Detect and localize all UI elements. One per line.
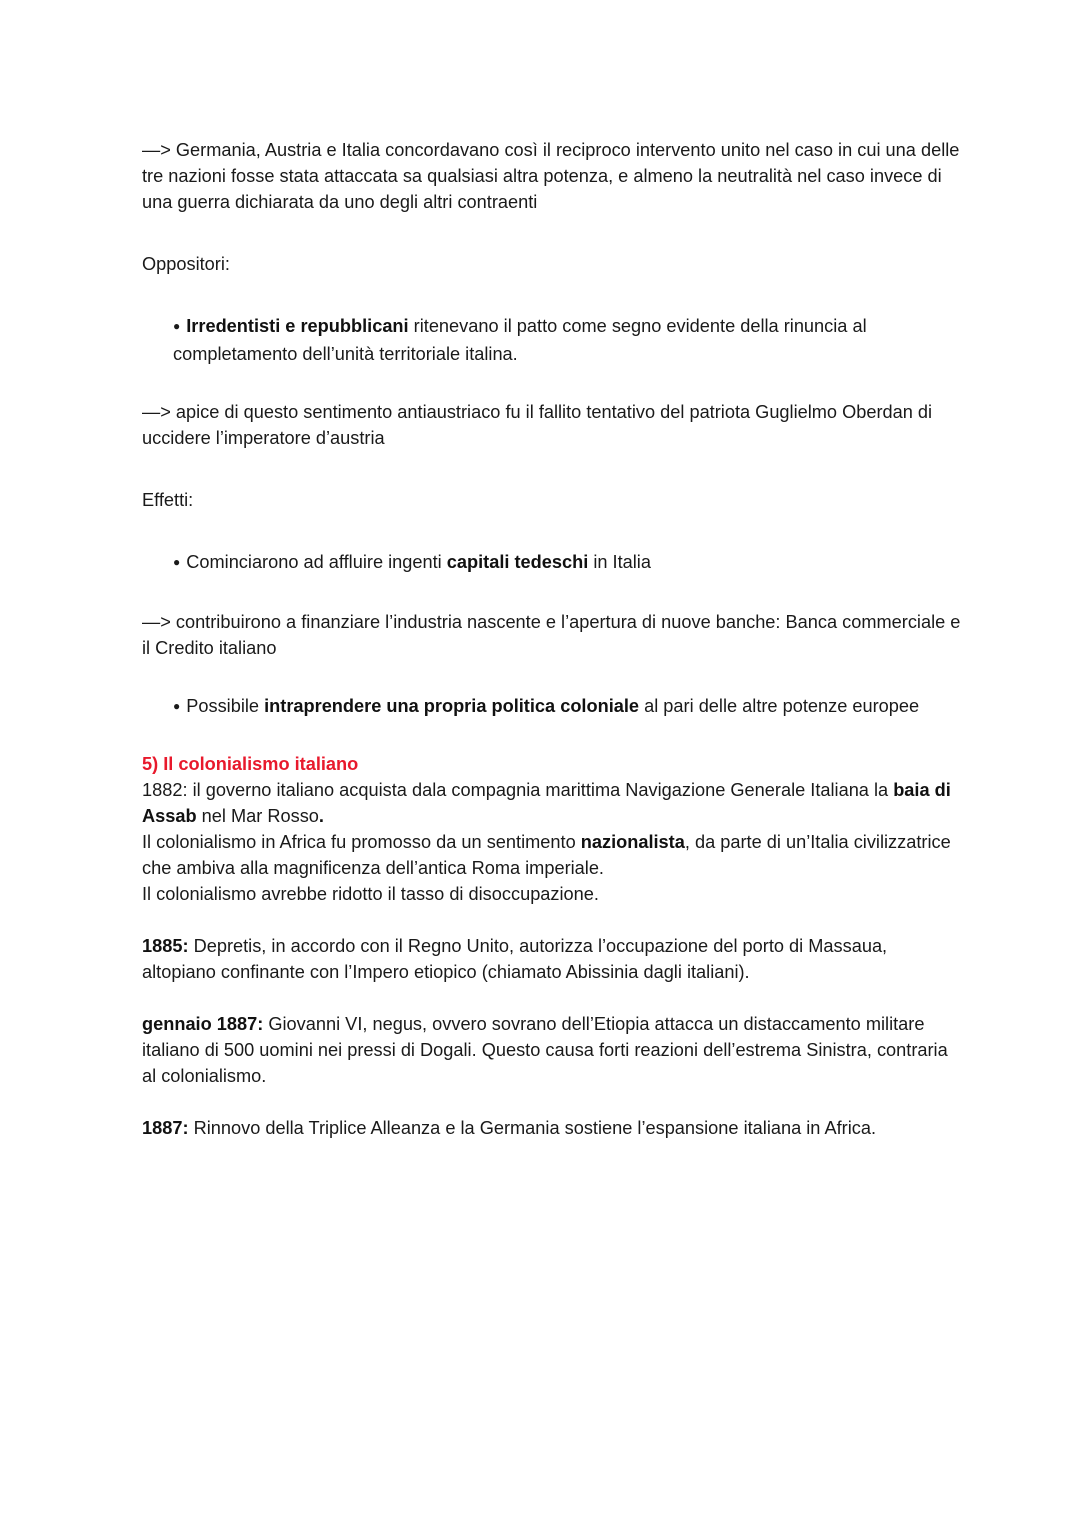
p2-bold: nazionalista — [581, 832, 685, 852]
colonialismo-paragraph-nazionalista: Il colonialismo in Africa fu promosso da… — [142, 829, 962, 881]
effetti-bullet-2-pre: Possibile — [186, 696, 264, 716]
event-1887: 1887: Rinnovo della Triplice Alleanza e … — [142, 1115, 962, 1141]
intro-text: Germania, Austria e Italia concordavano … — [142, 140, 959, 212]
event-gennaio-1887: gennaio 1887: Giovanni VI, negus, ovvero… — [142, 1011, 962, 1089]
oppositori-bullet: Irredentisti e repubblicani ritenevano i… — [142, 313, 962, 367]
oppositori-bullet-bold: Irredentisti e repubblicani — [186, 316, 408, 336]
p1-post: nel Mar Rosso — [197, 806, 319, 826]
effetti-bullet-1: Cominciarono ad affluire ingenti capital… — [142, 549, 962, 577]
effetti-bullet-1-pre: Cominciarono ad affluire ingenti — [186, 552, 447, 572]
p2-pre: Il colonialismo in Africa fu promosso da… — [142, 832, 581, 852]
oppositori-arrow-paragraph: —> apice di questo sentimento antiaustri… — [142, 399, 962, 451]
arrow-marker: —> — [142, 140, 171, 160]
event-1885-text: Depretis, in accordo con il Regno Unito,… — [142, 936, 887, 982]
effetti-bullet-2-post: al pari delle altre potenze europee — [639, 696, 919, 716]
document-page: —> Germania, Austria e Italia concordava… — [142, 137, 962, 1141]
effetti-bullet-2: Possibile intraprendere una propria poli… — [142, 693, 962, 721]
oppositori-label: Oppositori: — [142, 251, 962, 277]
effetti-bullet-1-post: in Italia — [588, 552, 651, 572]
effetti-bullet-1-bold: capitali tedeschi — [447, 552, 589, 572]
effetti-bullet-2-bold: intraprendere una propria politica colon… — [264, 696, 639, 716]
event-1887-text: Rinnovo della Triplice Alleanza e la Ger… — [189, 1118, 876, 1138]
event-1887-date: 1887: — [142, 1118, 189, 1138]
colonialismo-paragraph-1882: 1882: il governo italiano acquista dala … — [142, 777, 962, 829]
p1-dot: . — [319, 806, 324, 826]
event-1885-date: 1885: — [142, 936, 189, 956]
colonialismo-paragraph-disoccupazione: Il colonialismo avrebbe ridotto il tasso… — [142, 881, 962, 907]
event-gennaio-1887-text: Giovanni VI, negus, ovvero sovrano dell’… — [142, 1014, 948, 1086]
section-heading: 5) Il colonialismo italiano — [142, 751, 962, 777]
effetti-label: Effetti: — [142, 487, 962, 513]
effetti-arrow-paragraph: —> contribuirono a finanziare l’industri… — [142, 609, 962, 661]
p1-pre: 1882: il governo italiano acquista dala … — [142, 780, 893, 800]
event-1885: 1885: Depretis, in accordo con il Regno … — [142, 933, 962, 985]
intro-paragraph: —> Germania, Austria e Italia concordava… — [142, 137, 962, 215]
event-gennaio-1887-date: gennaio 1887: — [142, 1014, 263, 1034]
